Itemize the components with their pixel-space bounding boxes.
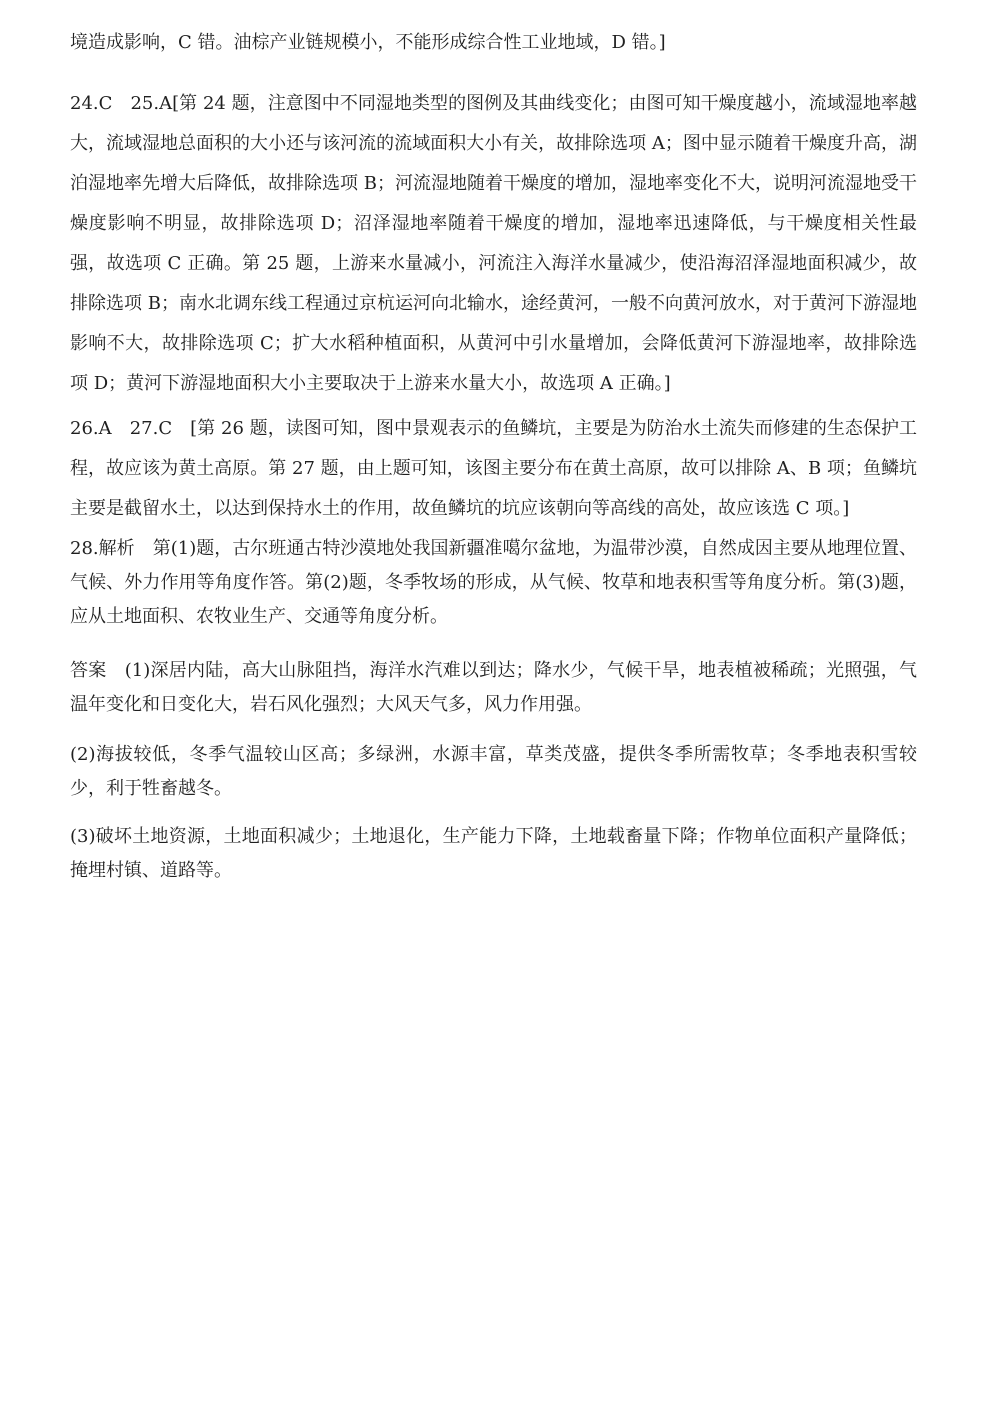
paragraph-answer-24-25: 24.C 25.A[第 24 题，注意图中不同湿地类型的图例及其曲线变化；由图可… bbox=[70, 84, 917, 404]
paragraph-continuation: 境造成影响，C 错。油棕产业链规模小，不能形成综合性工业地域，D 错。] bbox=[70, 23, 917, 63]
paragraph-answer-28-part3: (3)破坏土地资源，土地面积减少；土地退化，生产能力下降，土地载畜量下降；作物单… bbox=[70, 820, 917, 888]
paragraph-answer-26-27: 26.A 27.C [第 26 题，读图可知，图中景观表示的鱼鳞坑，主要是为防治… bbox=[70, 409, 917, 529]
paragraph-answer-28-analysis: 28.解析 第(1)题，古尔班通古特沙漠地处我国新疆准噶尔盆地，为温带沙漠，自然… bbox=[70, 532, 917, 634]
paragraph-answer-28-part2: (2)海拔较低，冬季气温较山区高；多绿洲，水源丰富，草类茂盛，提供冬季所需牧草；… bbox=[70, 738, 917, 806]
document-page: 境造成影响，C 错。油棕产业链规模小，不能形成综合性工业地域，D 错。] 24.… bbox=[0, 0, 992, 1403]
paragraph-answer-28-part1: 答案 (1)深居内陆，高大山脉阻挡，海洋水汽难以到达；降水少，气候干旱，地表植被… bbox=[70, 654, 917, 722]
